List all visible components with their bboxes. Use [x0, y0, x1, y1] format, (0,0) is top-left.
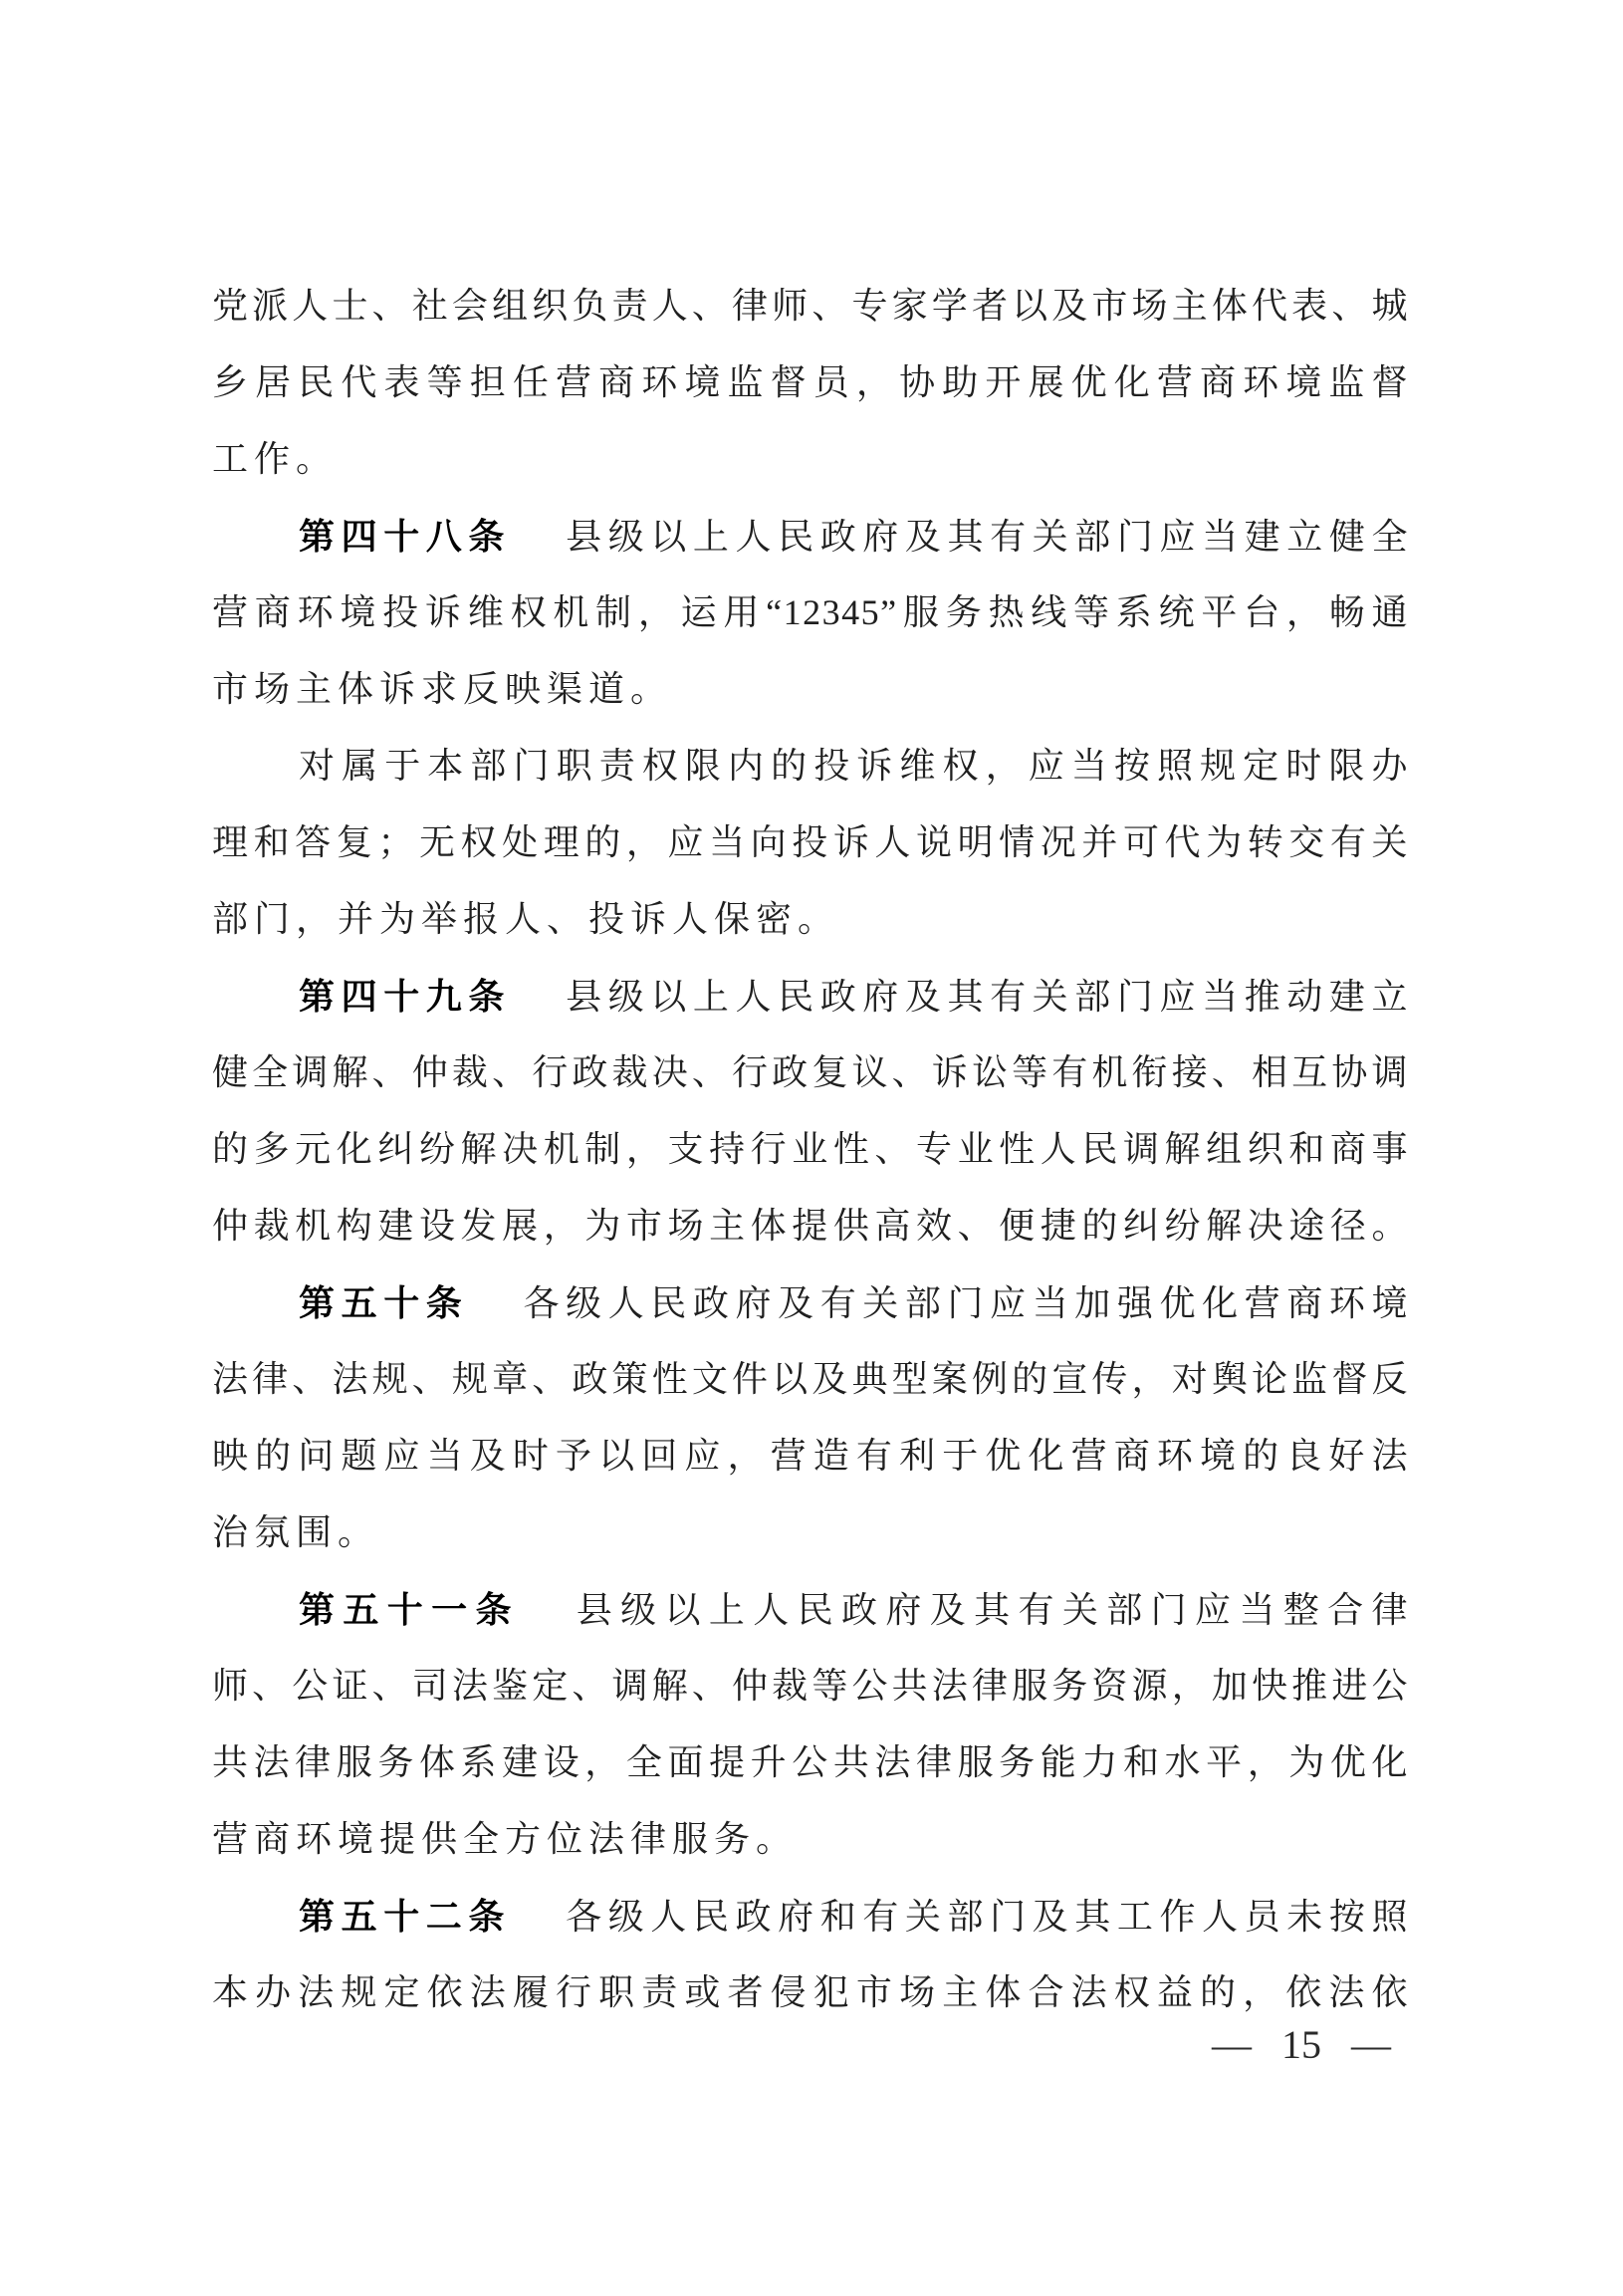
line-text: 健全调解、仲裁、行政裁决、行政复议、诉讼等有机衔接、相互协调 [212, 1052, 1409, 1092]
page-footer: —15— [1212, 2021, 1391, 2069]
text-line: 营商环境提供全方位法律服务。 [212, 1801, 1409, 1878]
footer-dash-right: — [1351, 2022, 1391, 2067]
article-number: 第五十条 [299, 1282, 468, 1323]
text-line: 党派人士、社会组织负责人、律师、专家学者以及市场主体代表、城 [212, 268, 1409, 344]
text-line: 对属于本部门职责权限内的投诉维权，应当按照规定时限办 [212, 728, 1409, 804]
heading-gap [468, 1314, 518, 1315]
line-text: 县级以上人民政府及其有关部门应当推动建立 [561, 977, 1409, 1017]
text-line: 映的问题应当及时予以回应，营造有利于优化营商环境的良好法 [212, 1418, 1409, 1494]
document-page: 党派人士、社会组织负责人、律师、专家学者以及市场主体代表、城乡居民代表等担任营商… [0, 0, 1623, 2296]
heading-gap [520, 1621, 570, 1622]
line-text: 理和答复；无权处理的，应当向投诉人说明情况并可代为转交有关 [212, 822, 1409, 862]
text-line: 市场主体诉求反映渠道。 [212, 651, 1409, 728]
document-body: 党派人士、社会组织负责人、律师、专家学者以及市场主体代表、城乡居民代表等担任营商… [212, 268, 1409, 2031]
line-text: 治氛围。 [212, 1512, 379, 1552]
heading-gap [511, 1008, 561, 1009]
text-line: 健全调解、仲裁、行政裁决、行政复议、诉讼等有机衔接、相互协调 [212, 1034, 1409, 1111]
line-text: 市场主体诉求反映渠道。 [212, 669, 672, 709]
line-text: 党派人士、社会组织负责人、律师、专家学者以及市场主体代表、城 [212, 286, 1409, 326]
page-number: 15 [1281, 2022, 1321, 2067]
line-text: 仲裁机构建设发展，为市场主体提供高效、便捷的纠纷解决途径。 [212, 1206, 1409, 1246]
line-text: 工作。 [212, 439, 338, 479]
text-line: 第四十八条县级以上人民政府及其有关部门应当建立健全 [212, 498, 1409, 574]
article-number: 第四十八条 [299, 516, 511, 557]
line-text: 部门，并为举报人、投诉人保密。 [212, 899, 839, 939]
text-line: 仲裁机构建设发展，为市场主体提供高效、便捷的纠纷解决途径。 [212, 1188, 1409, 1264]
line-text: 乡居民代表等担任营商环境监督员，协助开展优化营商环境监督 [212, 362, 1409, 402]
line-text: 的多元化纠纷解决机制，支持行业性、专业性人民调解组织和商事 [212, 1129, 1409, 1169]
line-text: 法律、法规、规章、政策性文件以及典型案例的宣传，对舆论监督反 [212, 1359, 1409, 1399]
heading-gap [511, 1928, 561, 1929]
text-line: 共法律服务体系建设，全面提升公共法律服务能力和水平，为优化 [212, 1724, 1409, 1801]
text-line: 部门，并为举报人、投诉人保密。 [212, 881, 1409, 958]
article-number: 第五十二条 [299, 1896, 511, 1937]
text-line: 师、公证、司法鉴定、调解、仲裁等公共法律服务资源，加快推进公 [212, 1648, 1409, 1724]
line-text: 本办法规定依法履行职责或者侵犯市场主体合法权益的，依法依 [212, 1972, 1409, 2012]
line-text: 各级人民政府和有关部门及其工作人员未按照 [561, 1897, 1409, 1937]
text-line: 第五十一条县级以上人民政府及其有关部门应当整合律 [212, 1571, 1409, 1648]
line-text: 营商环境提供全方位法律服务。 [212, 1819, 798, 1859]
article-number: 第四十九条 [299, 976, 511, 1017]
text-line: 营商环境投诉维权机制，运用“12345”服务热线等系统平台，畅通 [212, 574, 1409, 651]
line-text: 共法律服务体系建设，全面提升公共法律服务能力和水平，为优化 [212, 1742, 1409, 1782]
text-line: 本办法规定依法履行职责或者侵犯市场主体合法权益的，依法依 [212, 1954, 1409, 2031]
line-text: 县级以上人民政府及其有关部门应当建立健全 [561, 517, 1409, 557]
text-line: 的多元化纠纷解决机制，支持行业性、专业性人民调解组织和商事 [212, 1111, 1409, 1188]
text-line: 治氛围。 [212, 1494, 1409, 1571]
heading-gap [511, 548, 561, 549]
line-text: 县级以上人民政府及其有关部门应当整合律 [570, 1590, 1409, 1630]
text-line: 工作。 [212, 421, 1409, 498]
line-text: 营商环境投诉维权机制，运用“12345”服务热线等系统平台，畅通 [212, 592, 1409, 632]
text-line: 第五十二条各级人民政府和有关部门及其工作人员未按照 [212, 1878, 1409, 1954]
line-text: 各级人民政府及有关部门应当加强优化营商环境 [518, 1283, 1409, 1323]
line-text: 对属于本部门职责权限内的投诉维权，应当按照规定时限办 [299, 746, 1409, 786]
text-line: 第四十九条县级以上人民政府及其有关部门应当推动建立 [212, 958, 1409, 1034]
line-text: 映的问题应当及时予以回应，营造有利于优化营商环境的良好法 [212, 1436, 1409, 1476]
text-line: 法律、法规、规章、政策性文件以及典型案例的宣传，对舆论监督反 [212, 1341, 1409, 1418]
footer-dash-left: — [1212, 2022, 1252, 2067]
article-number: 第五十一条 [299, 1589, 520, 1630]
text-line: 第五十条各级人民政府及有关部门应当加强优化营商环境 [212, 1264, 1409, 1341]
line-text: 师、公证、司法鉴定、调解、仲裁等公共法律服务资源，加快推进公 [212, 1666, 1409, 1706]
text-line: 乡居民代表等担任营商环境监督员，协助开展优化营商环境监督 [212, 344, 1409, 421]
text-line: 理和答复；无权处理的，应当向投诉人说明情况并可代为转交有关 [212, 804, 1409, 881]
